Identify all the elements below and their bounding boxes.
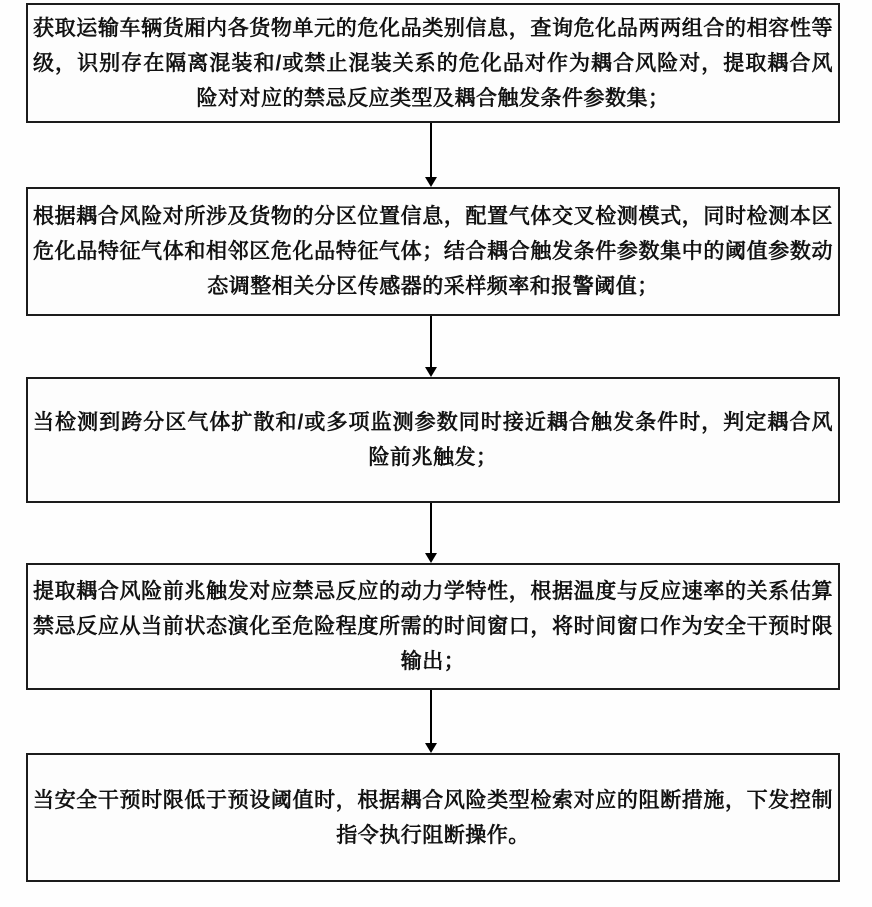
- flow-step-4: 提取耦合风险前兆触发对应禁忌反应的动力学特性，根据温度与反应速率的关系估算禁忌反…: [26, 563, 840, 690]
- flow-step-2-text: 根据耦合风险对所涉及货物的分区位置信息，配置气体交叉检测模式，同时检测本区危化品…: [28, 199, 838, 304]
- down-arrow-icon: [430, 690, 432, 744]
- down-arrow-icon: [430, 123, 432, 178]
- patent-flowchart: 获取运输车辆货厢内各货物单元的危化品类别信息，查询危化品两两组合的相容性等级，识…: [0, 0, 872, 907]
- down-arrow-icon: [430, 503, 432, 554]
- down-arrow-icon: [430, 316, 432, 368]
- flow-step-3-text: 当检测到跨分区气体扩散和/或多项监测参数同时接近耦合触发条件时，判定耦合风险前兆…: [28, 405, 838, 475]
- flow-step-3: 当检测到跨分区气体扩散和/或多项监测参数同时接近耦合触发条件时，判定耦合风险前兆…: [26, 377, 840, 503]
- flow-step-1-text: 获取运输车辆货厢内各货物单元的危化品类别信息，查询危化品两两组合的相容性等级，识…: [28, 11, 838, 116]
- flow-step-5: 当安全干预时限低于预设阈值时，根据耦合风险类型检索对应的阻断措施，下发控制指令执…: [26, 753, 840, 882]
- flow-step-4-text: 提取耦合风险前兆触发对应禁忌反应的动力学特性，根据温度与反应速率的关系估算禁忌反…: [28, 574, 838, 679]
- flow-step-2: 根据耦合风险对所涉及货物的分区位置信息，配置气体交叉检测模式，同时检测本区危化品…: [26, 187, 840, 316]
- flow-step-5-text: 当安全干预时限低于预设阈值时，根据耦合风险类型检索对应的阻断措施，下发控制指令执…: [28, 783, 838, 853]
- flow-step-1: 获取运输车辆货厢内各货物单元的危化品类别信息，查询危化品两两组合的相容性等级，识…: [26, 3, 840, 123]
